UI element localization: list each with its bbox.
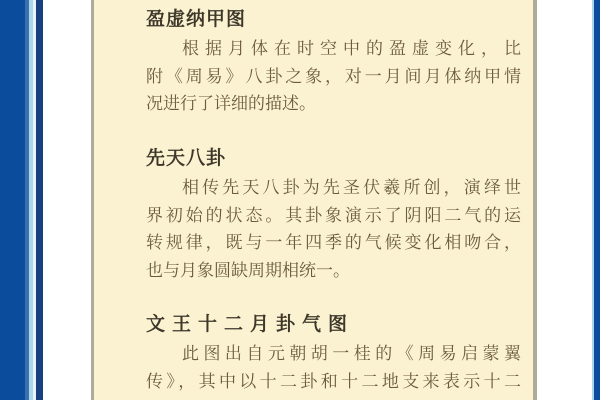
section-paragraph: 此图出自元朝胡一桂的《周易启蒙翼传》，其中以十二卦和十二地支来表示十二	[146, 340, 521, 395]
body-line: 附《周易》八卦之象，对一月间月体纳甲情	[146, 63, 521, 91]
left-band-navy-line	[36, 0, 43, 400]
text-section: 文王十二月卦气图 此图出自元朝胡一桂的《周易启蒙翼传》，其中以十二卦和十二地支来…	[146, 313, 521, 395]
body-line: 转规律，既与一年四季的气候变化相吻合，	[146, 229, 521, 257]
section-paragraph: 根据月体在时空中的盈虚变化，比附《周易》八卦之象，对一月间月体纳甲情况进行了详细…	[146, 35, 521, 118]
text-section: 盈虚纳甲图 根据月体在时空中的盈虚变化，比附《周易》八卦之象，对一月间月体纳甲情…	[146, 8, 521, 118]
body-line: 也与月象圆缺周期相统一。	[146, 257, 521, 285]
body-line: 况进行了详细的描述。	[146, 90, 521, 118]
section-heading: 先天八卦	[146, 147, 521, 171]
section-paragraph: 相传先天八卦为先圣伏羲所创，演绎世界初始的状态。其卦象演示了阴阳二气的运转规律，…	[146, 174, 521, 284]
book-page: 盈虚纳甲图 根据月体在时空中的盈虚变化，比附《周易》八卦之象，对一月间月体纳甲情…	[0, 0, 600, 400]
text-section: 先天八卦 相传先天八卦为先圣伏羲所创，演绎世界初始的状态。其卦象演示了阴阳二气的…	[146, 147, 521, 284]
content-panel: 盈虚纳甲图 根据月体在时空中的盈虚变化，比附《周易》八卦之象，对一月间月体纳甲情…	[91, 0, 537, 400]
left-blue-band	[0, 0, 25, 400]
section-heading: 文王十二月卦气图	[146, 313, 521, 337]
body-line: 界初始的状态。其卦象演示了阴阳二气的运	[146, 202, 521, 230]
body-line: 根据月体在时空中的盈虚变化，比	[146, 35, 521, 63]
body-line: 传》，其中以十二卦和十二地支来表示十二	[146, 368, 521, 396]
body-line: 此图出自元朝胡一桂的《周易启蒙翼	[146, 340, 521, 368]
right-blue-band	[594, 0, 600, 400]
section-heading: 盈虚纳甲图	[146, 8, 521, 32]
body-line: 相传先天八卦为先圣伏羲所创，演绎世	[146, 174, 521, 202]
